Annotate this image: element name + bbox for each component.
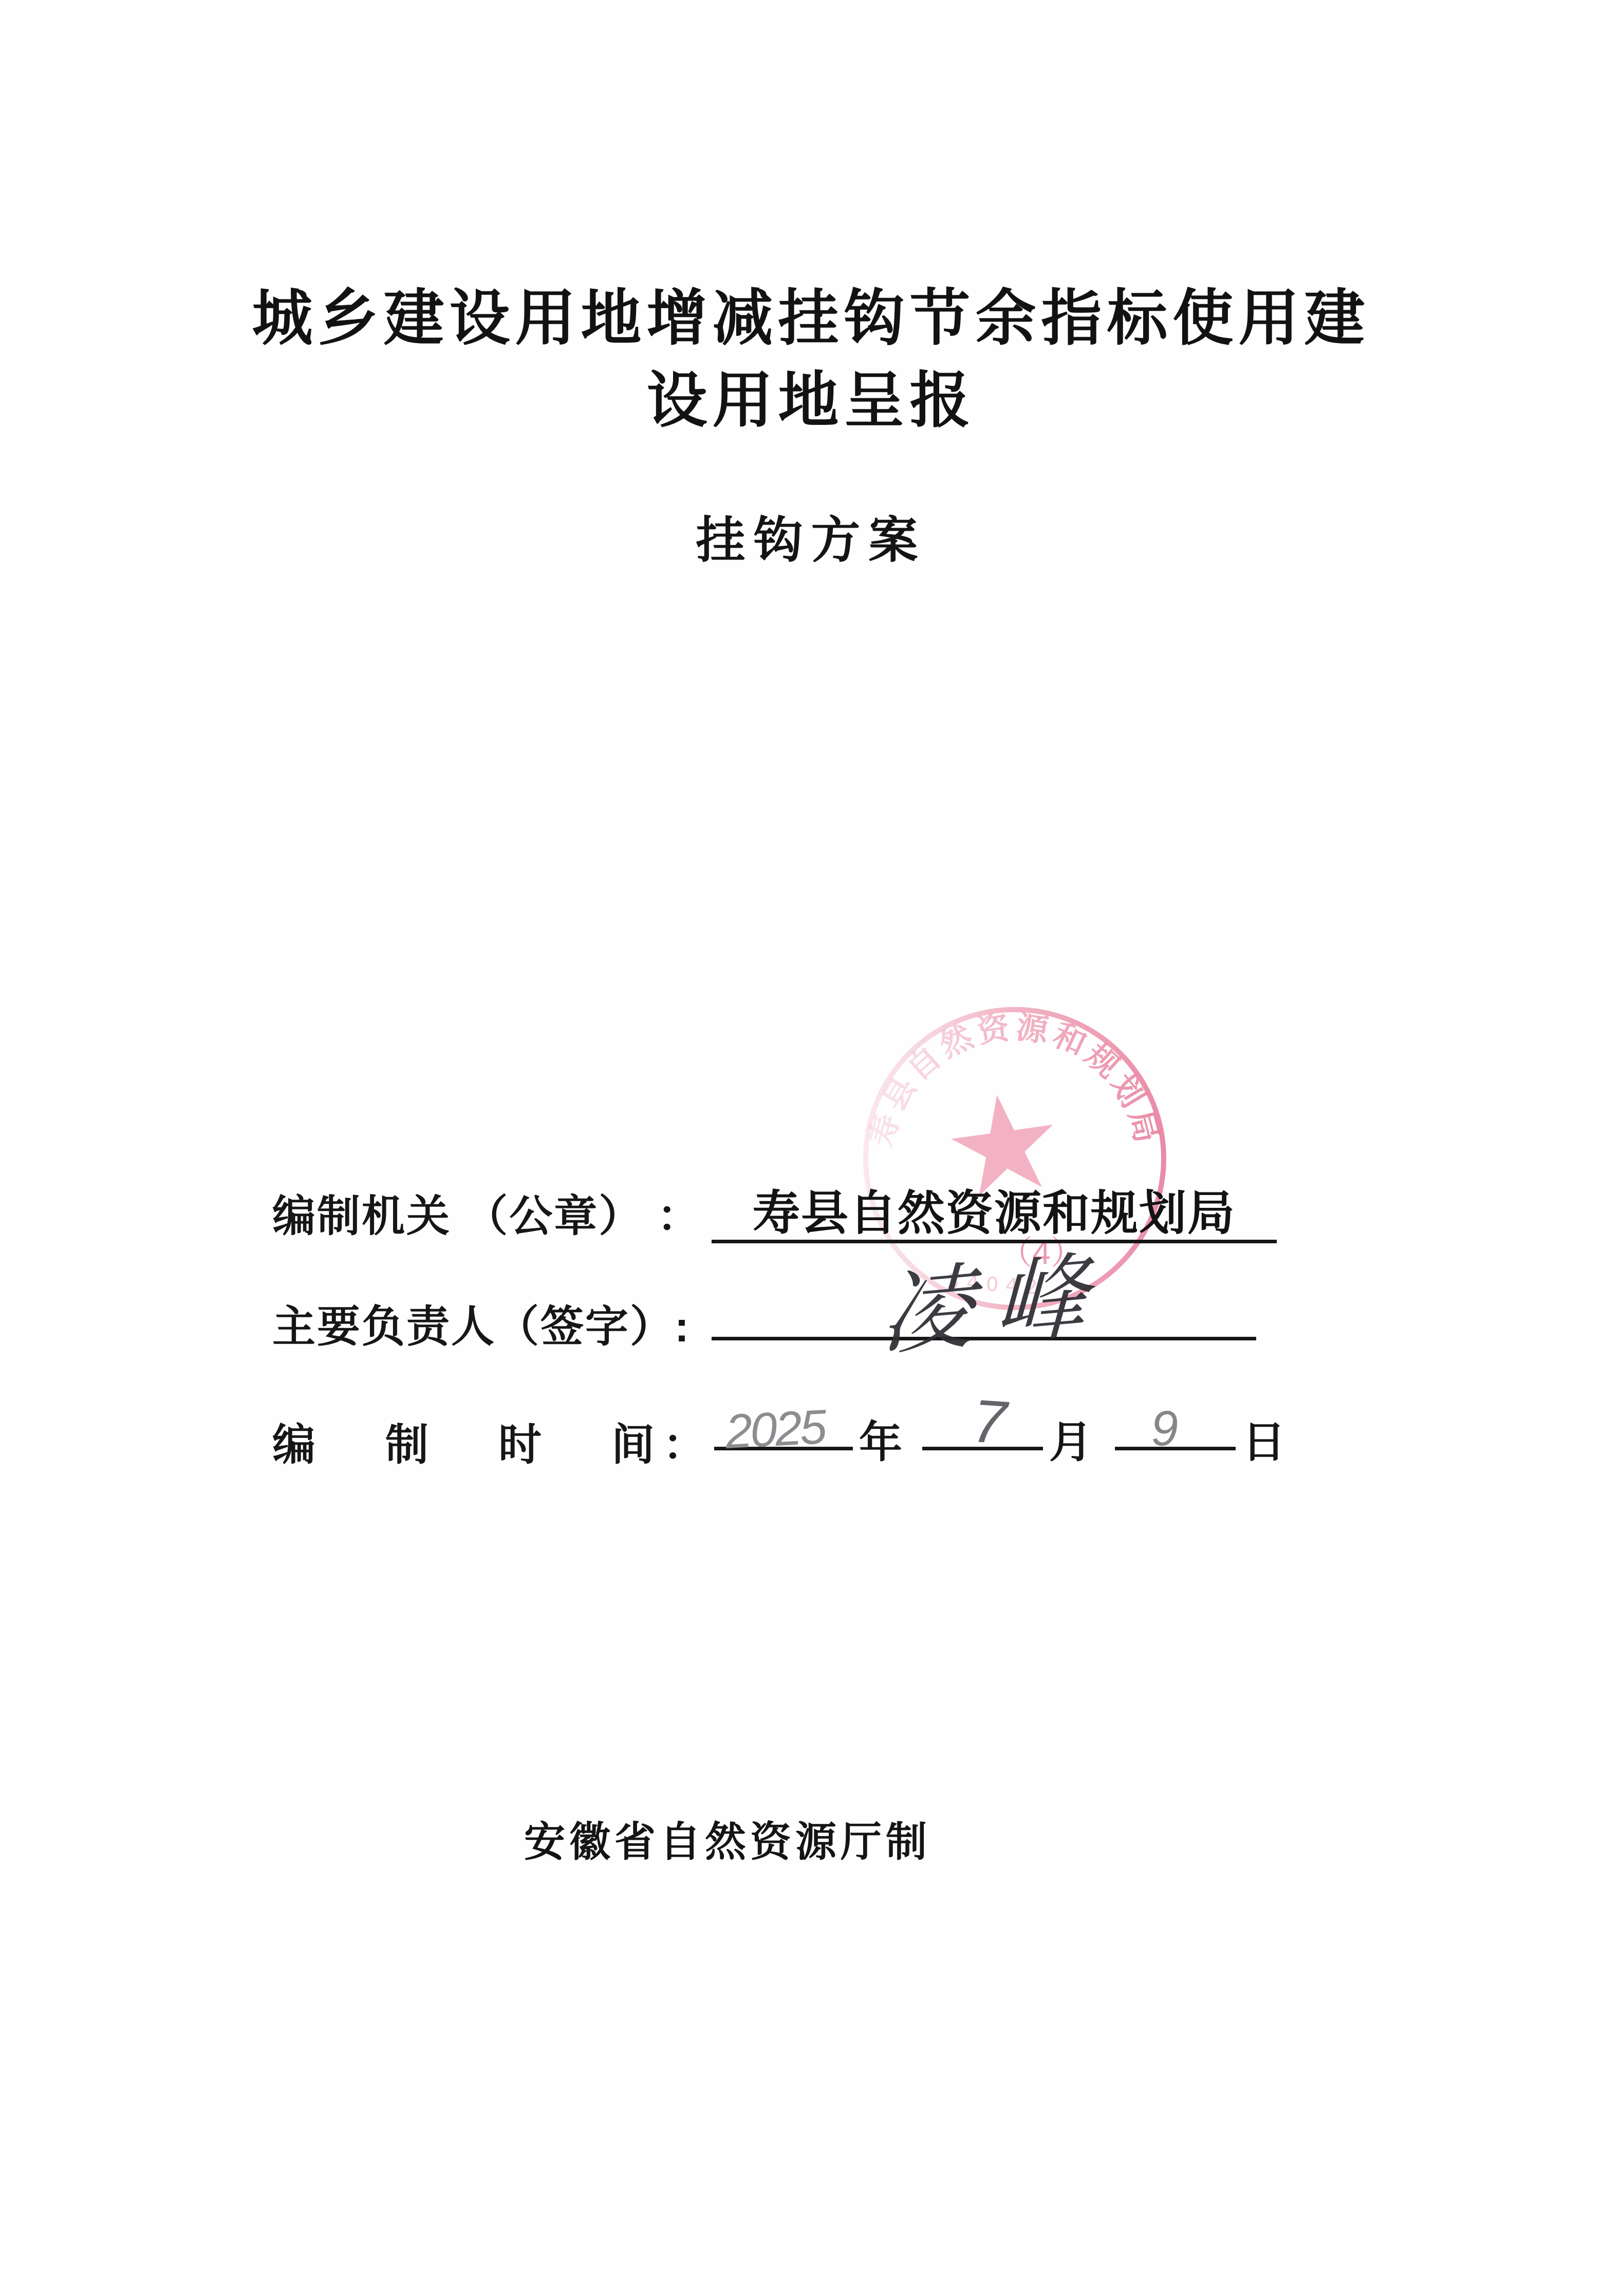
day-unit: 日	[1242, 1408, 1285, 1470]
document-title-line1: 城乡建设用地增减挂钩节余指标使用建	[0, 277, 1622, 360]
document-title-line2: 设用地呈报	[0, 360, 1622, 442]
day-value: 9	[1150, 1400, 1179, 1458]
month-value: 7	[970, 1386, 1009, 1458]
month-unit: 月	[1049, 1408, 1092, 1470]
year-value: 2025	[724, 1399, 826, 1460]
year-unit: 年	[859, 1408, 902, 1470]
document-title: 城乡建设用地增减挂钩节余指标使用建 设用地呈报	[0, 277, 1622, 442]
issuing-authority-footer: 安徽省自然资源厅制	[524, 1808, 931, 1868]
date-label: 编制时间	[272, 1410, 724, 1472]
seal-arc-text: 寿县自然资源和规划局	[864, 1010, 1166, 1150]
responsible-signature: 凌峰	[879, 1220, 1111, 1373]
agency-label: 编制机关 （公章） ：	[272, 1182, 702, 1244]
document-subtitle: 挂钩方案	[0, 501, 1622, 571]
date-colon: ：	[663, 1410, 707, 1472]
document-page: 城乡建设用地增减挂钩节余指标使用建 设用地呈报 挂钩方案 寿县自然资源和规划局 …	[0, 0, 1622, 2296]
responsible-label: 主要负责人（签字）:	[272, 1292, 691, 1354]
